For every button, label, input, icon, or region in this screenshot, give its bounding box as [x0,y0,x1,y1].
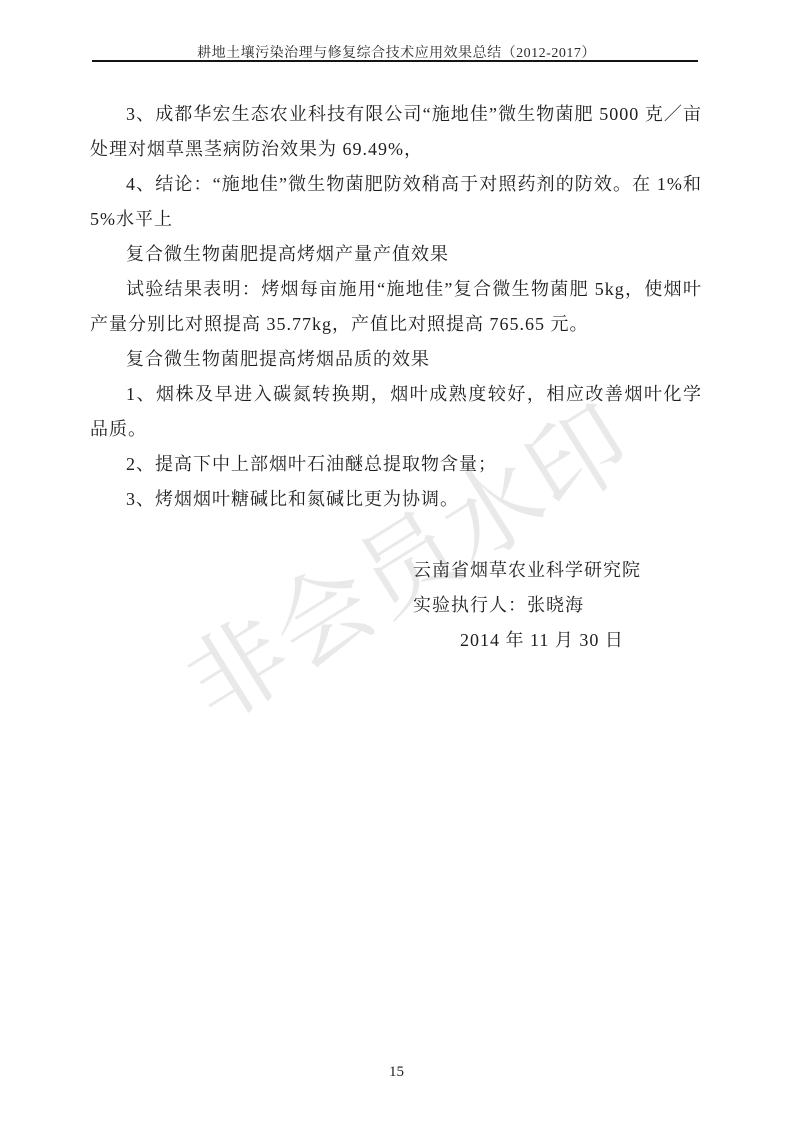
document-page: 耕地土壤污染治理与修复综合技术应用效果总结（2012-2017） 非会员水印 3… [0,0,793,1122]
paragraph-quality-item-3: 3、烤烟烟叶糖碱比和氮碱比更为协调。 [90,482,702,517]
paragraph-yield-heading: 复合微生物菌肥提高烤烟产量产值效果 [90,237,702,272]
paragraph-conclusion: 4、结论：“施地佳”微生物菌肥防效稍高于对照药剂的防效。在 1%和 5%水平上 [90,167,702,237]
page-number: 15 [0,1064,793,1081]
paragraph-quality-heading: 复合微生物菌肥提高烤烟品质的效果 [90,342,702,377]
signature-block: 云南省烟草农业科学研究院 实验执行人：张晓海 2014 年 11 月 30 日 [90,553,702,658]
paragraph-yield-result: 试验结果表明：烤烟每亩施用“施地佳”复合微生物菌肥 5kg，使烟叶产量分别比对照… [90,272,702,342]
signature-organization: 云南省烟草农业科学研究院 [90,553,702,588]
paragraph-quality-item-2: 2、提高下中上部烟叶石油醚总提取物含量； [90,447,702,482]
header-rule [92,60,698,62]
document-body: 3、成都华宏生态农业科技有限公司“施地佳”微生物菌肥 5000 克／亩处理对烟草… [90,97,702,658]
paragraph-black-shank-result: 3、成都华宏生态农业科技有限公司“施地佳”微生物菌肥 5000 克／亩处理对烟草… [90,97,702,167]
header-title: 耕地土壤污染治理与修复综合技术应用效果总结（2012-2017） [0,42,793,62]
signature-executor: 实验执行人：张晓海 [90,588,702,623]
paragraph-quality-item-1: 1、烟株及早进入碳氮转换期，烟叶成熟度较好，相应改善烟叶化学品质。 [90,377,702,447]
signature-date: 2014 年 11 月 30 日 [90,623,702,658]
